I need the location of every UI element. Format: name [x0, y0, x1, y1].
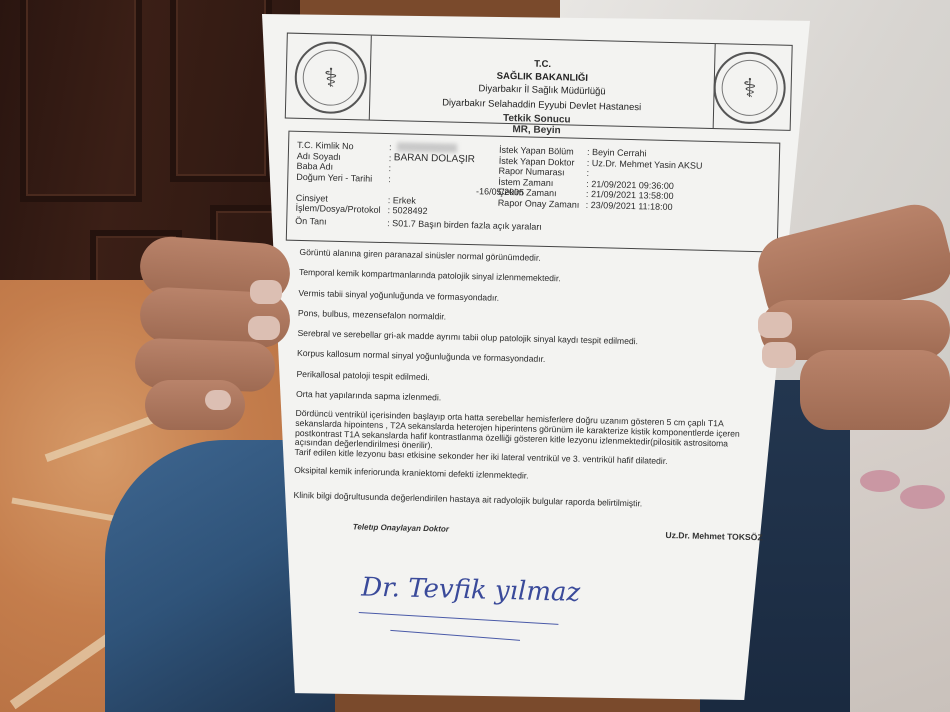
- handwritten-signature: Dr. Tevfik yılmaz: [361, 573, 581, 608]
- health-ministry-seal-icon: ⚕: [294, 41, 368, 115]
- patient-info-box: T.C. Kimlik No: Adı Soyadı: BARAN DOLAŞI…: [286, 131, 781, 253]
- gender-value: Erkek: [393, 195, 416, 206]
- right-hand: [800, 350, 950, 430]
- finding: Oksipital kemik inferiorunda kraniektomi…: [294, 465, 764, 487]
- approval-time-label: Rapor Onay Zamanı: [498, 197, 586, 210]
- photo-scene: ⚕ ⚕ T.C. SAĞLIK BAKANLIĞI Diyarbakır İl …: [0, 0, 950, 712]
- name-value: BARAN DOLAŞIR: [394, 153, 475, 165]
- medical-report: ⚕ ⚕ T.C. SAĞLIK BAKANLIĞI Diyarbakır İl …: [249, 10, 814, 709]
- finding: Serebral ve serebellar gri-ak madde ayrı…: [297, 328, 767, 350]
- radiologist-name: Uz.Dr. Mehmet TOKSÖZ: [665, 530, 762, 542]
- finding: Korpus kallosum normal sinyal yoğunluğun…: [297, 348, 767, 370]
- left-hand: [145, 380, 245, 430]
- protocol-value: 5028492: [392, 205, 427, 216]
- findings: Görüntü alanına giren paranazal sinüsler…: [293, 247, 769, 522]
- diagnosis-value: S01.7 Başın birden fazla açık yaraları: [392, 218, 542, 232]
- tc-value-redacted: [397, 142, 457, 152]
- signature-row: Teletıp Onaylayan Doktor Uz.Dr. Mehmet T…: [353, 522, 763, 532]
- teletip-label: Teletıp Onaylayan Doktor: [353, 522, 449, 533]
- health-ministry-seal-icon: ⚕: [713, 51, 787, 125]
- finding: Klinik bilgi doğrultusunda değerlendiril…: [293, 490, 763, 512]
- finding: Orta hat yapılarında sapma izlenmedi.: [296, 389, 766, 411]
- signature-underline: [390, 630, 520, 641]
- approval-time-value: 23/09/2021 11:18:00: [591, 200, 673, 212]
- signature-underline: [359, 612, 559, 625]
- diagnosis-label: Ön Tanı: [295, 215, 387, 228]
- protocol-label: İşlem/Dosya/Protokol: [295, 203, 387, 216]
- finding: Vermis tabii sinyal yoğunluğunda ve form…: [298, 288, 768, 310]
- finding: Perikallosal patoloji tespit edilmedi.: [296, 369, 766, 391]
- finding: Pons, bulbus, mezensefalon normaldir.: [298, 308, 768, 330]
- finding: Temporal kemik kompartmanlarında patoloj…: [299, 267, 769, 289]
